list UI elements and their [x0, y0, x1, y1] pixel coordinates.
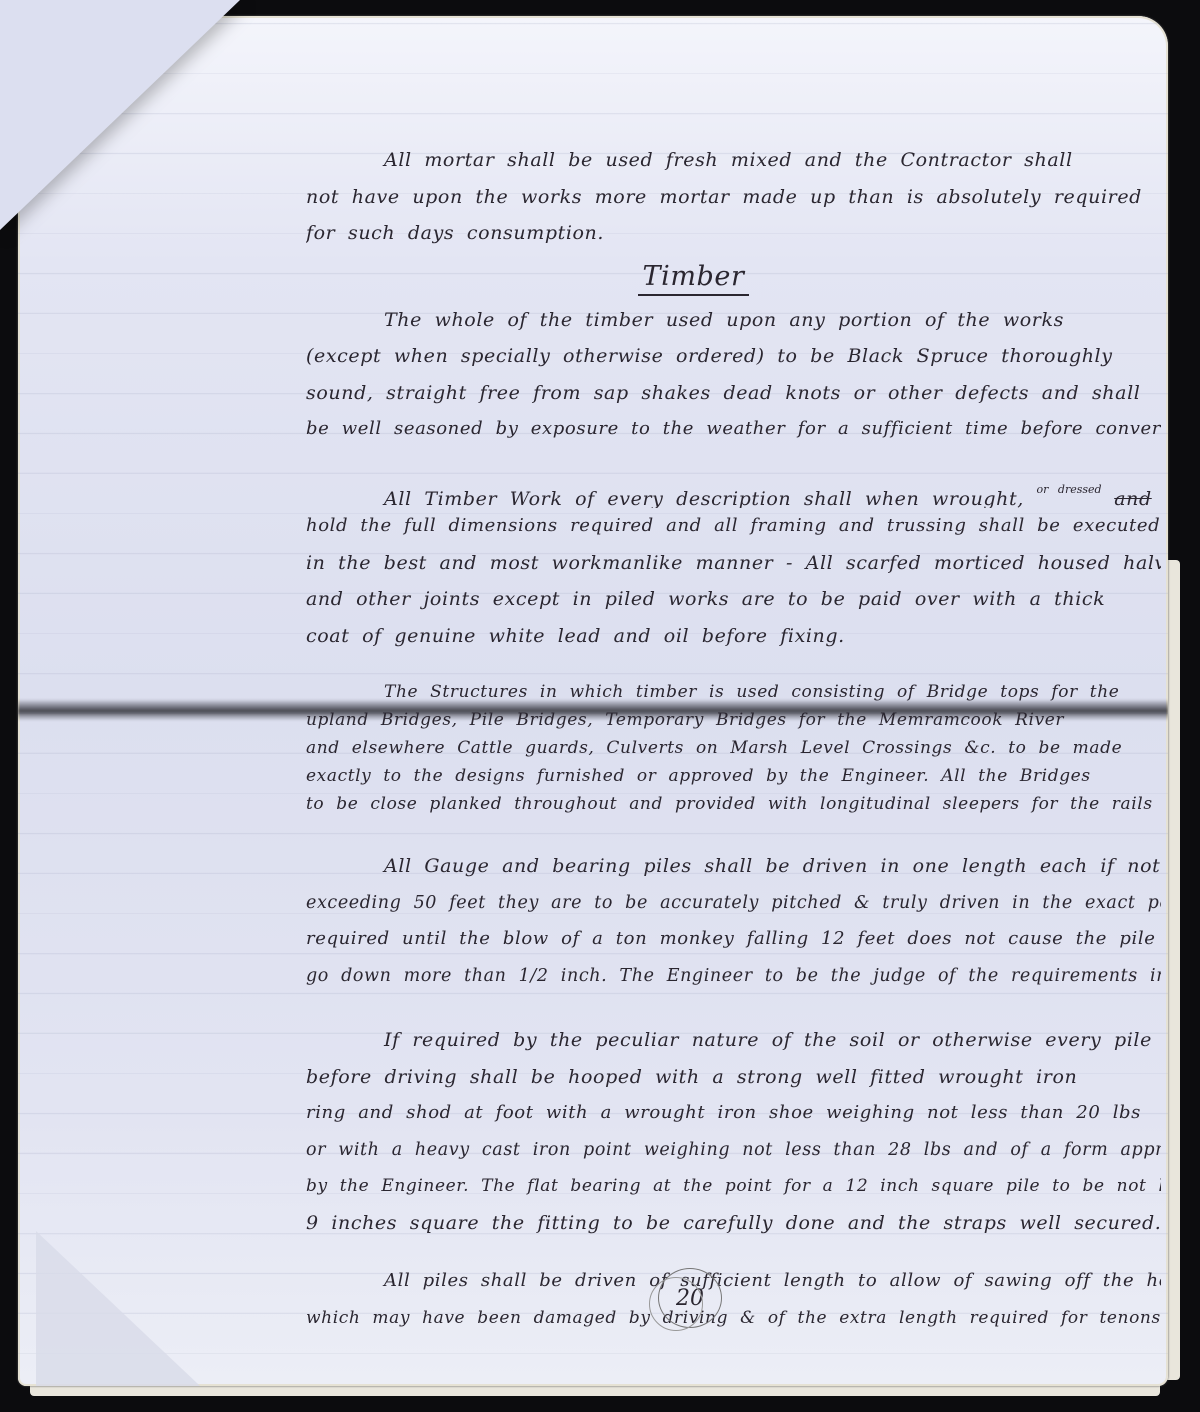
- text-line: If required by the peculiar nature of th…: [306, 1022, 1161, 1059]
- text-line: sound, straight free from sap shakes dea…: [306, 375, 1161, 412]
- text-line: All mortar shall be used fresh mixed and…: [306, 142, 1161, 179]
- text-line: ring and shod at foot with a wrought iro…: [306, 1095, 1161, 1132]
- text-line: coat of genuine white lead and oil befor…: [306, 618, 1161, 655]
- paragraph-pile-length: All piles shall be driven of sufficient …: [306, 1263, 1161, 1336]
- text-line: or with a heavy cast iron point weighing…: [306, 1132, 1161, 1169]
- text-line: All Timber Work of every description sha…: [306, 472, 1161, 509]
- text-line: before driving shall be hooped with a st…: [306, 1059, 1161, 1096]
- text-line: required until the blow of a ton monkey …: [306, 921, 1161, 958]
- text-line: go down more than 1/2 inch. The Engineer…: [306, 958, 1161, 995]
- text-line: and elsewhere Cattle guards, Culverts on…: [306, 734, 1161, 762]
- text-line: exactly to the designs furnished or appr…: [306, 762, 1161, 790]
- paragraph-gap: [306, 448, 1161, 472]
- section-heading: Timber: [306, 252, 1161, 302]
- paragraph-gap: [306, 994, 1161, 1022]
- text-line: The whole of the timber used upon any po…: [306, 302, 1161, 339]
- text-line: by the Engineer. The flat bearing at the…: [306, 1168, 1161, 1205]
- text-line: (except when specially otherwise ordered…: [306, 338, 1161, 375]
- folded-corner-bottom-left: [36, 1231, 216, 1386]
- paragraph-pile-hooping: If required by the peculiar nature of th…: [306, 1022, 1161, 1241]
- text-line: which may have been damaged by driving &…: [306, 1300, 1161, 1337]
- text-line: for such days consumption.: [306, 215, 1161, 252]
- text-line: The Structures in which timber is used c…: [306, 678, 1161, 706]
- text-line: hold the full dimensions required and al…: [306, 508, 1161, 545]
- text-line: exceeding 50 feet they are to be accurat…: [306, 885, 1161, 922]
- paragraph-gap: [306, 1241, 1161, 1263]
- paragraph-timber-quality: The whole of the timber used upon any po…: [306, 302, 1161, 448]
- interlinear-insertion: or dressed: [1037, 483, 1102, 496]
- text-line: upland Bridges, Pile Bridges, Temporary …: [306, 706, 1161, 734]
- paragraph-structures: The Structures in which timber is used c…: [306, 678, 1161, 818]
- text-line: All piles shall be driven of sufficient …: [306, 1263, 1161, 1300]
- page-number: 20: [676, 1286, 704, 1311]
- folded-corner-top-left: [0, 0, 240, 230]
- paragraph-gap: [306, 654, 1161, 678]
- manuscript-text: All mortar shall be used fresh mixed and…: [306, 142, 1161, 1336]
- text-line: and other joints except in piled works a…: [306, 581, 1161, 618]
- heading-timber: Timber: [638, 261, 748, 296]
- paragraph-gap: [306, 818, 1161, 848]
- text-line: not have upon the works more mortar made…: [306, 179, 1161, 216]
- text-line: to be close planked throughout and provi…: [306, 790, 1161, 818]
- struck-word: and: [1114, 488, 1152, 509]
- page-number-circle: 20: [658, 1268, 722, 1328]
- paragraph-mortar: All mortar shall be used fresh mixed and…: [306, 142, 1161, 252]
- text-line: be well seasoned by exposure to the weat…: [306, 411, 1161, 448]
- paragraph-timber-work: All Timber Work of every description sha…: [306, 472, 1161, 655]
- text-line: 9 inches square the fitting to be carefu…: [306, 1205, 1161, 1242]
- text-span: All Timber Work of every description sha…: [384, 488, 1024, 509]
- text-line: All Gauge and bearing piles shall be dri…: [306, 848, 1161, 885]
- paragraph-gauge-piles: All Gauge and bearing piles shall be dri…: [306, 848, 1161, 994]
- text-line: in the best and most workmanlike manner …: [306, 545, 1161, 582]
